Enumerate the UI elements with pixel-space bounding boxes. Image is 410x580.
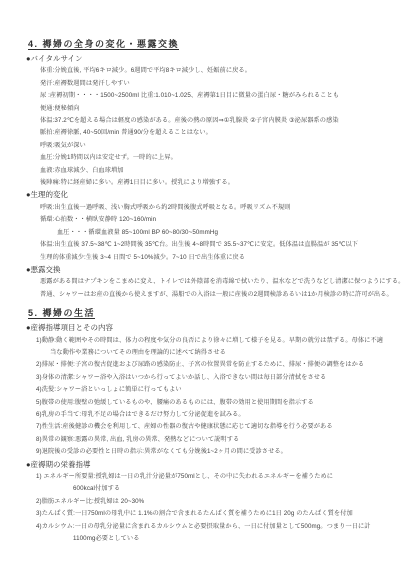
- text-line: 悪露がある間はナプキンをこまめに変え、トイレでは外陰部を消毒綿で拭いたり、温水な…: [40, 276, 410, 288]
- text-line: 600kcal付加する: [73, 483, 410, 495]
- text-line: 3)たんぱく質:一日750mlの母乳中に 1.1%の割合で含まれるたんぱく質を補…: [36, 508, 410, 520]
- text-line: 普通、シャワーはお産の直後から使えますが、湯船での入浴は一般に産後の2週間検診あ…: [40, 289, 410, 301]
- text-line: 7)性生活:産後健診の機会を利用して、産婦の性器の復古や健康状態に応じて適切な指…: [36, 421, 410, 433]
- document-body: 4. 褥婦の全身の変化・悪露交換●バイタルサイン体重:分娩直後, 平均6キロ減少…: [0, 37, 410, 545]
- text-line: 生理的体重減少:生後 3~4 日間で 5~10%減少。7~10 日で出生体重に戻…: [40, 252, 410, 264]
- text-line: 4)洗髪:シャワー浴といっしょに簡単に行ってもよい: [36, 384, 410, 396]
- text-line: 体温:出生直後 37.5~38℃ 1~2時間後 35℃台。出生後 4~8時間で …: [40, 239, 410, 251]
- text-line: 6)乳房の手当て:母乳不足の場合はできるだけ努力して分泌促進を試みる。: [36, 409, 410, 421]
- text-line: 呼吸:出生直後一過呼吸、浅い胸式呼吸から約2時間後腹式呼吸となる。呼吸リズム不規…: [40, 202, 410, 214]
- subsection-heading: ●バイタルサイン: [26, 53, 410, 65]
- text-line: 発汗:産褥数週間は発汗しやすい: [40, 78, 410, 90]
- text-line: 当な動作や業務についてその理由を理論的に述べて納得させる: [50, 347, 410, 359]
- text-line: 2)脂肪エネルギー比:授乳婦は 20~30%: [36, 496, 410, 508]
- text-line: 8)異常の観察:悪露の異常, 出血, 乳房の異常、発熱などについて説明する: [36, 434, 410, 446]
- text-line: 後陣痛:特に経産婦に多い。産褥1日目に多い。授乳により増強する。: [40, 177, 410, 189]
- text-line: 循環:心拍数・・横臥安静時 120~160/min: [40, 214, 410, 226]
- section-heading: 5. 褥婦の生活: [28, 306, 410, 320]
- text-line: 3)身体の清潔:シャワー浴や入浴はいつから行ってよいか話し、入浴できない間は毎日…: [36, 372, 410, 384]
- text-line: 5)腹帯の使用:腹壁の弛緩しているものや、腰痛のあるものには、腹帯の効用と使用期…: [36, 397, 410, 409]
- text-line: 2)排尿・排便:子宮の復古促進および尿路の感染防止、子宮の位置異常を防止するため…: [36, 359, 410, 371]
- text-line: 血圧・・・循環血液量 85~100ml BP 60~80/30~50mmHg: [57, 227, 410, 239]
- text-line: 脈拍:産褥徐脈, 40~50回/min 普通90/分を超えることはない。: [40, 127, 410, 139]
- text-line: 1) エネルギー所要量:授乳婦は一日の乳汁分泌量が750mlとし、その中に失われ…: [36, 471, 410, 483]
- text-line: 便通:便秘傾向: [40, 103, 410, 115]
- subsection-heading: ●産褥指導項目とその内容: [26, 322, 410, 334]
- text-line: 尿 :産褥初期・・・・1500~2500ml 比重:1.010~1.025、産褥…: [40, 90, 410, 102]
- text-line: 呼吸:吸気が深い: [40, 140, 410, 152]
- subsection-heading: ●生理的変化: [26, 189, 410, 201]
- text-line: 1)動静:動く範囲やその時間は、体力の程度や気分の良否により徐々に増して様子を見…: [36, 335, 410, 347]
- section-heading: 4. 褥婦の全身の変化・悪露交換: [28, 37, 410, 51]
- text-line: 血圧:分娩1時間以内は安定せず。一時的に上昇。: [40, 152, 410, 164]
- text-line: 体温:37.2℃を超える場合は軽度の感染がある。産後の熱の原因⇒①乳腺炎 ②子宮…: [40, 115, 410, 127]
- subsection-heading: ●産褥期の栄養指導: [26, 459, 410, 471]
- text-line: 体重:分娩直後, 平均6キロ減少。6週間で平均8キロ減少し、妊娠前に戻る。: [40, 65, 410, 77]
- subsection-heading: ●悪露交換: [26, 264, 410, 276]
- text-line: 1100mg必要としている: [73, 533, 410, 545]
- text-line: 血液:赤血球減少、白血球増加: [40, 165, 410, 177]
- text-line: 4)カルシウム:一日の母乳分泌量に含まれるカルシウムと必要摂取量から、一日に付加…: [36, 521, 410, 533]
- text-line: 9)退院後の受診の必要性と日時の指示:異常がなくても分娩後1~2ヶ月の間に受診さ…: [36, 446, 410, 458]
- document-page: 4. 褥婦の全身の変化・悪露交換●バイタルサイン体重:分娩直後, 平均6キロ減少…: [0, 0, 410, 580]
